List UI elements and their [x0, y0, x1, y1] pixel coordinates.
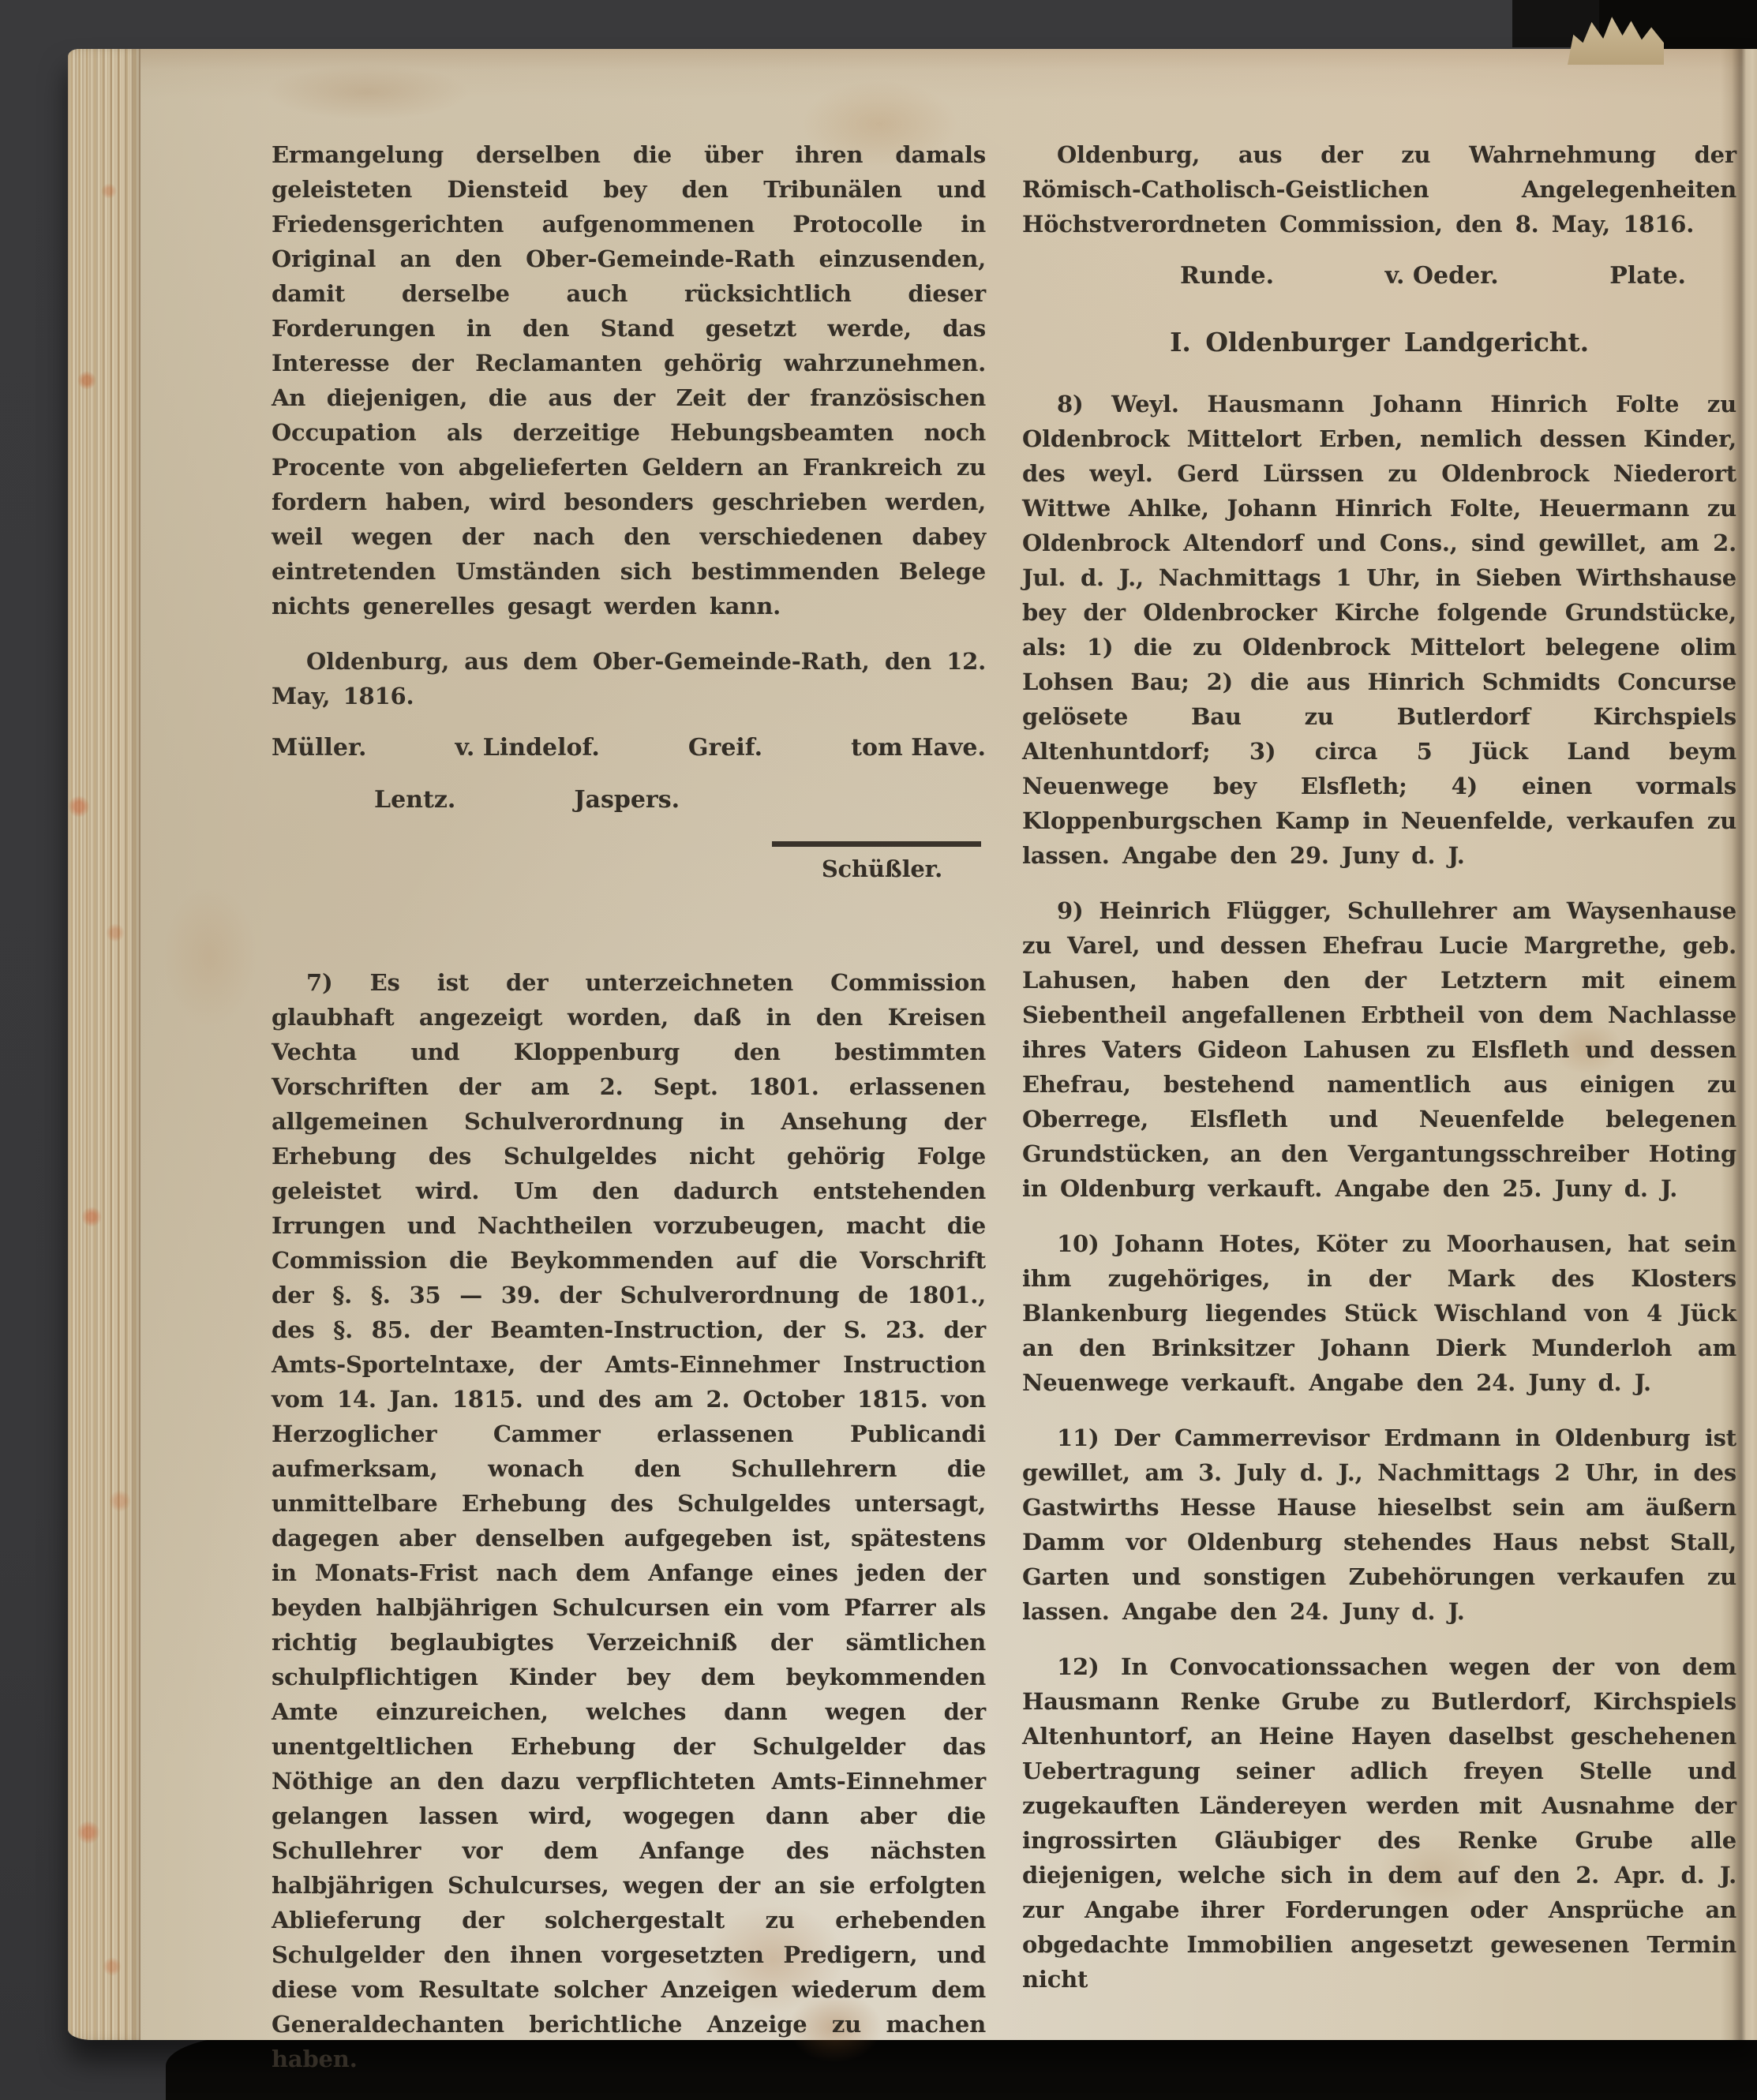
scan-backdrop: Ermangelung derselben die über ihren dam…	[0, 0, 1757, 2100]
signature-name: Greif.	[688, 731, 762, 766]
fox-stain	[265, 65, 470, 120]
signature-name: v. Lindelof.	[455, 731, 599, 766]
fox-stain	[163, 885, 257, 1028]
dateline-commission: Oldenburg, aus der zu Wahrnehmung der Rö…	[1022, 137, 1736, 241]
signature-row-1: Müller. v. Lindelof. Greif. tom Have.	[272, 731, 986, 766]
heading-oldenburger-landgericht: I. Oldenburger Landgericht.	[1022, 325, 1736, 360]
scanned-page: Ermangelung derselben die über ihren dam…	[68, 49, 1757, 2040]
book-fore-edge	[68, 49, 140, 2040]
signature-name: Runde.	[1180, 259, 1274, 294]
countersignature: Schüßler.	[272, 852, 986, 886]
paragraph-11: 11) Der Cammerrevisor Erdmann in Oldenbu…	[1022, 1421, 1736, 1629]
signature-row-2: Lentz. Jaspers.	[374, 783, 986, 818]
signature-name: Lentz.	[374, 783, 455, 818]
left-column: Ermangelung derselben die über ihren dam…	[272, 137, 986, 2076]
paragraph-7: 7) Es ist der unterzeichneten Commission…	[272, 965, 986, 2076]
right-column: Oldenburg, aus der zu Wahrnehmung der Rö…	[1022, 137, 1736, 2076]
signature-name: tom Have.	[851, 731, 986, 766]
signature-name: Müller.	[272, 731, 366, 766]
signature-name: Plate.	[1609, 259, 1686, 294]
signature-row-commission: Runde. v. Oeder. Plate.	[1022, 259, 1736, 294]
section-rule	[772, 841, 981, 847]
dateline-ober-gemeinde-rath: Oldenburg, aus dem Ober-Gemeinde-Rath, d…	[272, 644, 986, 713]
paragraph-10: 10) Johann Hotes, Köter zu Moorhausen, h…	[1022, 1226, 1736, 1400]
paragraph-9: 9) Heinrich Flügger, Schullehrer am Ways…	[1022, 893, 1736, 1206]
signature-name: v. Oeder.	[1385, 259, 1499, 294]
paragraph-12: 12) In Convocationssachen wegen der von …	[1022, 1649, 1736, 1997]
signature-name: Jaspers.	[574, 783, 680, 818]
paragraph-8: 8) Weyl. Hausmann Johann Hinrich Folte z…	[1022, 387, 1736, 873]
continuation-paragraph: Ermangelung derselben die über ihren dam…	[272, 137, 986, 623]
page-content: Ermangelung derselben die über ihren dam…	[272, 137, 1736, 2076]
